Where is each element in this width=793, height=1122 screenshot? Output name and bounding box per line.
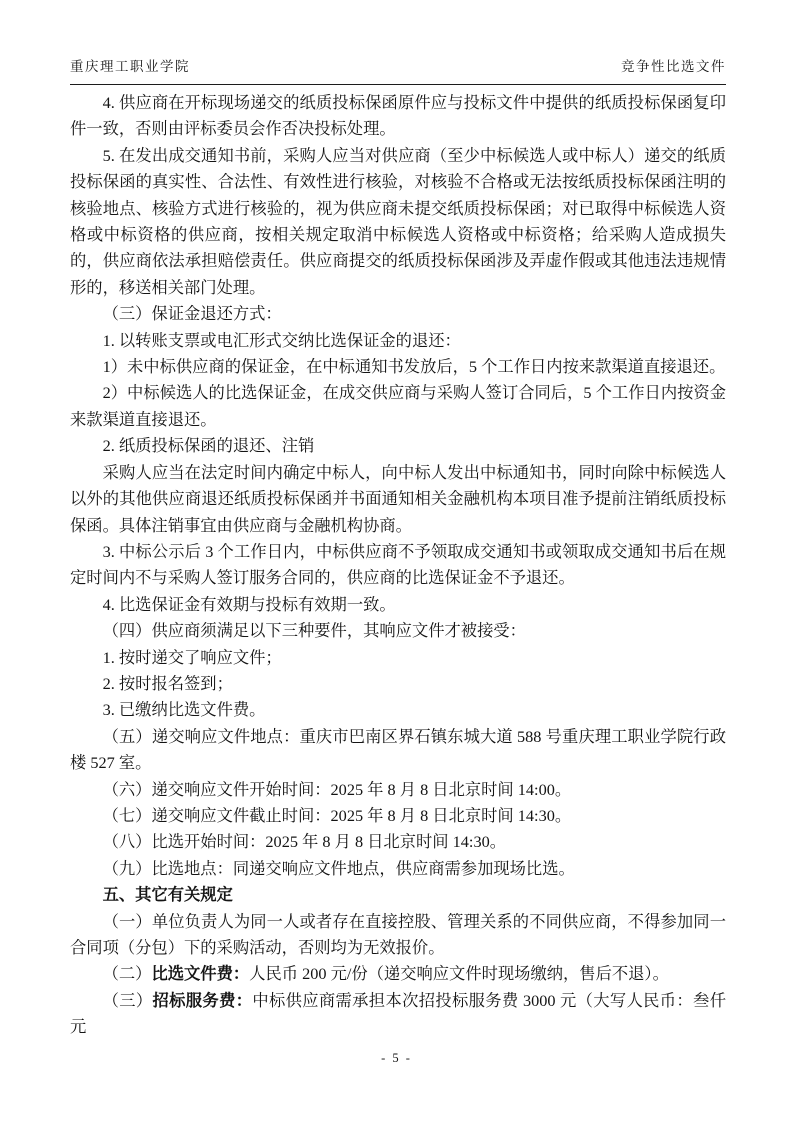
- paragraph: 1. 以转账支票或电汇形式交纳比选保证金的退还：: [70, 328, 726, 354]
- header-divider: [70, 84, 726, 85]
- paragraph-run: 3. 已缴纳比选文件费。: [103, 700, 266, 719]
- document-body: 4. 供应商在开标现场递交的纸质投标保函原件应与投标文件中提供的纸质投标保函复印…: [70, 90, 726, 1041]
- paragraph-run: 1. 按时递交了响应文件；: [103, 648, 282, 667]
- paragraph-run: 五、其它有关规定: [103, 885, 233, 904]
- document-page: 重庆理工职业学院 竞争性比选文件 4. 供应商在开标现场递交的纸质投标保函原件应…: [0, 0, 793, 1122]
- header-right-title: 竞争性比选文件: [621, 58, 726, 76]
- paragraph: （一）单位负责人为同一人或者存在直接控股、管理关系的不同供应商，不得参加同一合同…: [70, 909, 726, 962]
- paragraph: 1）未中标供应商的保证金，在中标通知书发放后，5 个工作日内按来款渠道直接退还。: [70, 354, 726, 380]
- paragraph-run: （一）单位负责人为同一人或者存在直接控股、管理关系的不同供应商，不得参加同一合同…: [70, 912, 726, 957]
- paragraph: （二）比选文件费：人民币 200 元/份（递交响应文件时现场缴纳，售后不退）。: [70, 961, 726, 987]
- paragraph-run: 2. 纸质投标保函的退还、注销: [103, 436, 315, 455]
- page-footer: - 5 -: [0, 1051, 793, 1066]
- paragraph: 五、其它有关规定: [70, 882, 726, 908]
- paragraph: （三）招标服务费：中标供应商需承担本次招投标服务费 3000 元（大写人民币：叁…: [70, 988, 726, 1041]
- paragraph: 1. 按时递交了响应文件；: [70, 645, 726, 671]
- paragraph: 5. 在发出成交通知书前，采购人应当对供应商（至少中标候选人或中标人）递交的纸质…: [70, 143, 726, 301]
- paragraph: 2）中标候选人的比选保证金，在成交供应商与采购人签订合同后，5 个工作日内按资金…: [70, 380, 726, 433]
- page-header: 重庆理工职业学院 竞争性比选文件: [70, 58, 726, 76]
- paragraph-run: 3. 中标公示后 3 个工作日内，中标供应商不予领取成交通知书或领取成交通知书后…: [70, 542, 726, 587]
- paragraph-run: （六）递交响应文件开始时间：2025 年 8 月 8 日北京时间 14:00。: [103, 780, 572, 799]
- paragraph: （七）递交响应文件截止时间：2025 年 8 月 8 日北京时间 14:30。: [70, 803, 726, 829]
- paragraph: （三）保证金退还方式：: [70, 301, 726, 327]
- paragraph-run: 采购人应当在法定时间内确定中标人，向中标人发出中标通知书，同时向除中标候选人以外…: [70, 463, 726, 535]
- paragraph-bold-run: 招标服务费：: [153, 991, 253, 1010]
- paragraph: （四）供应商须满足以下三种要件，其响应文件才被接受：: [70, 618, 726, 644]
- paragraph-run: 1）未中标供应商的保证金，在中标通知书发放后，5 个工作日内按来款渠道直接退还。: [103, 357, 726, 376]
- paragraph-run: 5. 在发出成交通知书前，采购人应当对供应商（至少中标候选人或中标人）递交的纸质…: [70, 146, 726, 297]
- paragraph: （八）比选开始时间：2025 年 8 月 8 日北京时间 14:30。: [70, 829, 726, 855]
- paragraph: （五）递交响应文件地点：重庆市巴南区界石镇东城大道 588 号重庆理工职业学院行…: [70, 724, 726, 777]
- page-number: - 5 -: [381, 1051, 412, 1065]
- paragraph-run: 人民币 200 元/份（递交响应文件时现场缴纳，售后不退）。: [249, 964, 669, 983]
- paragraph-run: （九）比选地点：同递交响应文件地点，供应商需参加现场比选。: [103, 859, 575, 878]
- paragraph: 3. 中标公示后 3 个工作日内，中标供应商不予领取成交通知书或领取成交通知书后…: [70, 539, 726, 592]
- paragraph-run: （三）: [103, 991, 153, 1010]
- paragraph-bold-run: 比选文件费：: [151, 964, 249, 983]
- paragraph-run: （三）保证金退还方式：: [103, 304, 282, 323]
- paragraph: 2. 按时报名签到；: [70, 671, 726, 697]
- paragraph: （六）递交响应文件开始时间：2025 年 8 月 8 日北京时间 14:00。: [70, 777, 726, 803]
- paragraph-run: （五）递交响应文件地点：重庆市巴南区界石镇东城大道 588 号重庆理工职业学院行…: [70, 727, 726, 772]
- paragraph: （九）比选地点：同递交响应文件地点，供应商需参加现场比选。: [70, 856, 726, 882]
- paragraph-run: 4. 供应商在开标现场递交的纸质投标保函原件应与投标文件中提供的纸质投标保函复印…: [70, 93, 726, 138]
- paragraph-run: （二）: [103, 964, 152, 983]
- paragraph-run: （四）供应商须满足以下三种要件，其响应文件才被接受：: [103, 621, 526, 640]
- paragraph: 4. 供应商在开标现场递交的纸质投标保函原件应与投标文件中提供的纸质投标保函复印…: [70, 90, 726, 143]
- paragraph: 2. 纸质投标保函的退还、注销: [70, 433, 726, 459]
- paragraph: 4. 比选保证金有效期与投标有效期一致。: [70, 592, 726, 618]
- paragraph-run: （八）比选开始时间：2025 年 8 月 8 日北京时间 14:30。: [103, 832, 506, 851]
- paragraph-run: （七）递交响应文件截止时间：2025 年 8 月 8 日北京时间 14:30。: [103, 806, 572, 825]
- paragraph-run: 2）中标候选人的比选保证金，在成交供应商与采购人签订合同后，5 个工作日内按资金…: [70, 383, 726, 428]
- paragraph: 3. 已缴纳比选文件费。: [70, 697, 726, 723]
- paragraph-run: 2. 按时报名签到；: [103, 674, 233, 693]
- paragraph: 采购人应当在法定时间内确定中标人，向中标人发出中标通知书，同时向除中标候选人以外…: [70, 460, 726, 539]
- header-left-title: 重庆理工职业学院: [70, 58, 190, 76]
- paragraph-run: 1. 以转账支票或电汇形式交纳比选保证金的退还：: [103, 331, 461, 350]
- paragraph-run: 4. 比选保证金有效期与投标有效期一致。: [103, 595, 396, 614]
